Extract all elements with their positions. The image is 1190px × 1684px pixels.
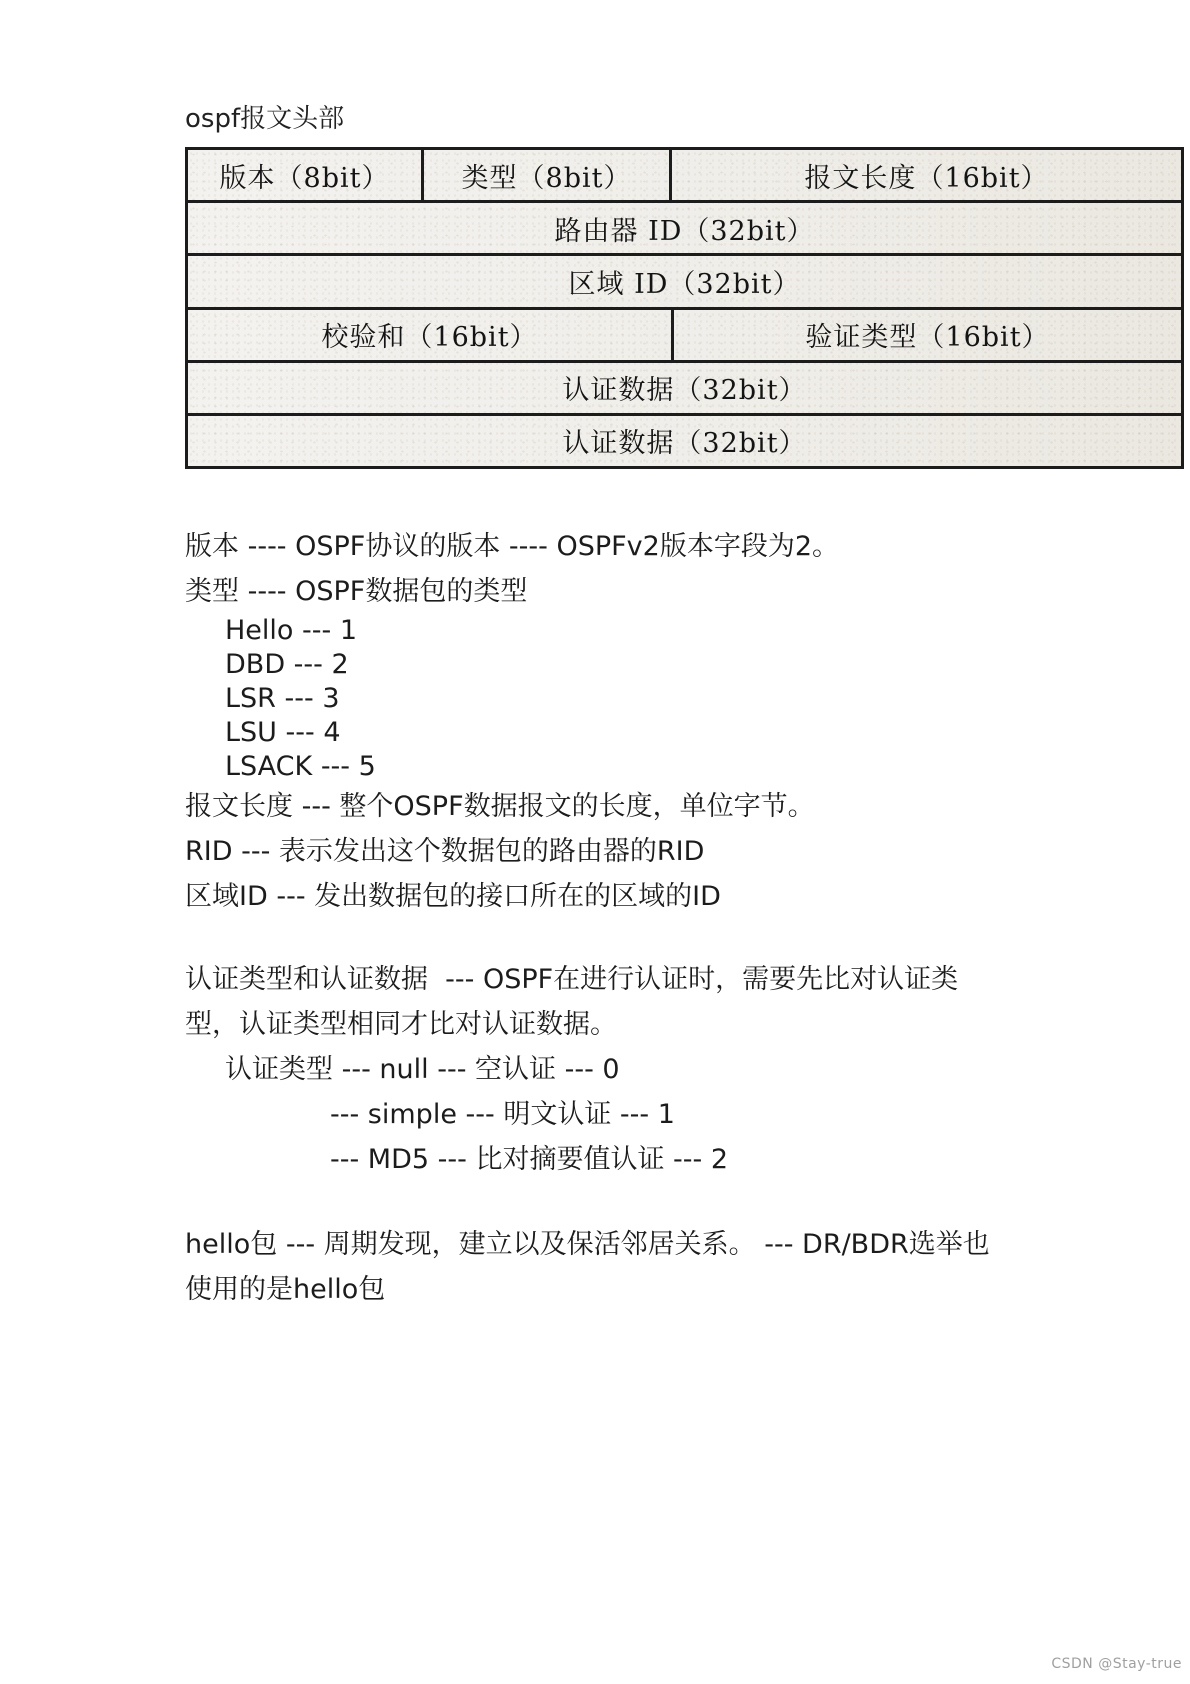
note-auth-simple: --- simple --- 明文认证 --- 1 [330, 1092, 1115, 1137]
note-auth-md5: --- MD5 --- 比对摘要值认证 --- 2 [330, 1137, 1115, 1182]
note-type: 类型 ---- OSPF数据包的类型 [185, 569, 1115, 614]
field-router-id: 路由器 ID（32bit） [188, 203, 1181, 253]
field-auth-data-2: 认证数据（32bit） [188, 416, 1181, 466]
note-hello-1: hello包 --- 周期发现，建立以及保活邻居关系。 --- DR/BDR选举… [185, 1222, 1115, 1267]
table-row: 校验和（16bit） 验证类型（16bit） [188, 310, 1181, 363]
note-rid: RID --- 表示发出这个数据包的路由器的RID [185, 829, 1115, 874]
field-type: 类型（8bit） [424, 150, 672, 200]
note-auth-null: 认证类型 --- null --- 空认证 --- 0 [225, 1047, 1115, 1092]
page-title: ospf报文头部 [185, 100, 344, 138]
note-hello-2: 使用的是hello包 [185, 1267, 1115, 1312]
table-row: 认证数据（32bit） [188, 416, 1181, 466]
field-checksum: 校验和（16bit） [188, 310, 674, 360]
notes-block: 版本 ---- OSPF协议的版本 ---- OSPFv2版本字段为2。 类型 … [185, 524, 1115, 1312]
note-type-dbd: DBD --- 2 [225, 648, 1115, 682]
spacer [185, 919, 1115, 957]
field-area-id: 区域 ID（32bit） [188, 256, 1181, 306]
table-row: 路由器 ID（32bit） [188, 203, 1181, 256]
note-type-lsack: LSACK --- 5 [225, 750, 1115, 784]
field-auth-data-1: 认证数据（32bit） [188, 363, 1181, 413]
table-row: 认证数据（32bit） [188, 363, 1181, 416]
spacer [185, 1182, 1115, 1222]
note-auth-intro-1: 认证类型和认证数据 --- OSPF在进行认证时，需要先比对认证类 [185, 957, 1115, 1002]
note-type-lsu: LSU --- 4 [225, 716, 1115, 750]
note-type-hello: Hello --- 1 [225, 614, 1115, 648]
note-area-id: 区域ID --- 发出数据包的接口所在的区域的ID [185, 874, 1115, 919]
note-version: 版本 ---- OSPF协议的版本 ---- OSPFv2版本字段为2。 [185, 524, 1115, 569]
field-packet-length: 报文长度（16bit） [672, 150, 1181, 200]
note-auth-intro-2: 型，认证类型相同才比对认证数据。 [185, 1002, 1115, 1047]
field-version: 版本（8bit） [188, 150, 424, 200]
field-auth-type: 验证类型（16bit） [674, 310, 1181, 360]
document-page: ospf报文头部 版本（8bit） 类型（8bit） 报文长度（16bit） 路… [0, 0, 1190, 1684]
note-type-lsr: LSR --- 3 [225, 682, 1115, 716]
table-row: 区域 ID（32bit） [188, 256, 1181, 309]
ospf-header-table: 版本（8bit） 类型（8bit） 报文长度（16bit） 路由器 ID（32b… [185, 147, 1184, 469]
watermark: CSDN @Stay-true [1051, 1656, 1182, 1672]
table-row: 版本（8bit） 类型（8bit） 报文长度（16bit） [188, 150, 1181, 203]
note-packet-length: 报文长度 --- 整个OSPF数据报文的长度，单位字节。 [185, 784, 1115, 829]
